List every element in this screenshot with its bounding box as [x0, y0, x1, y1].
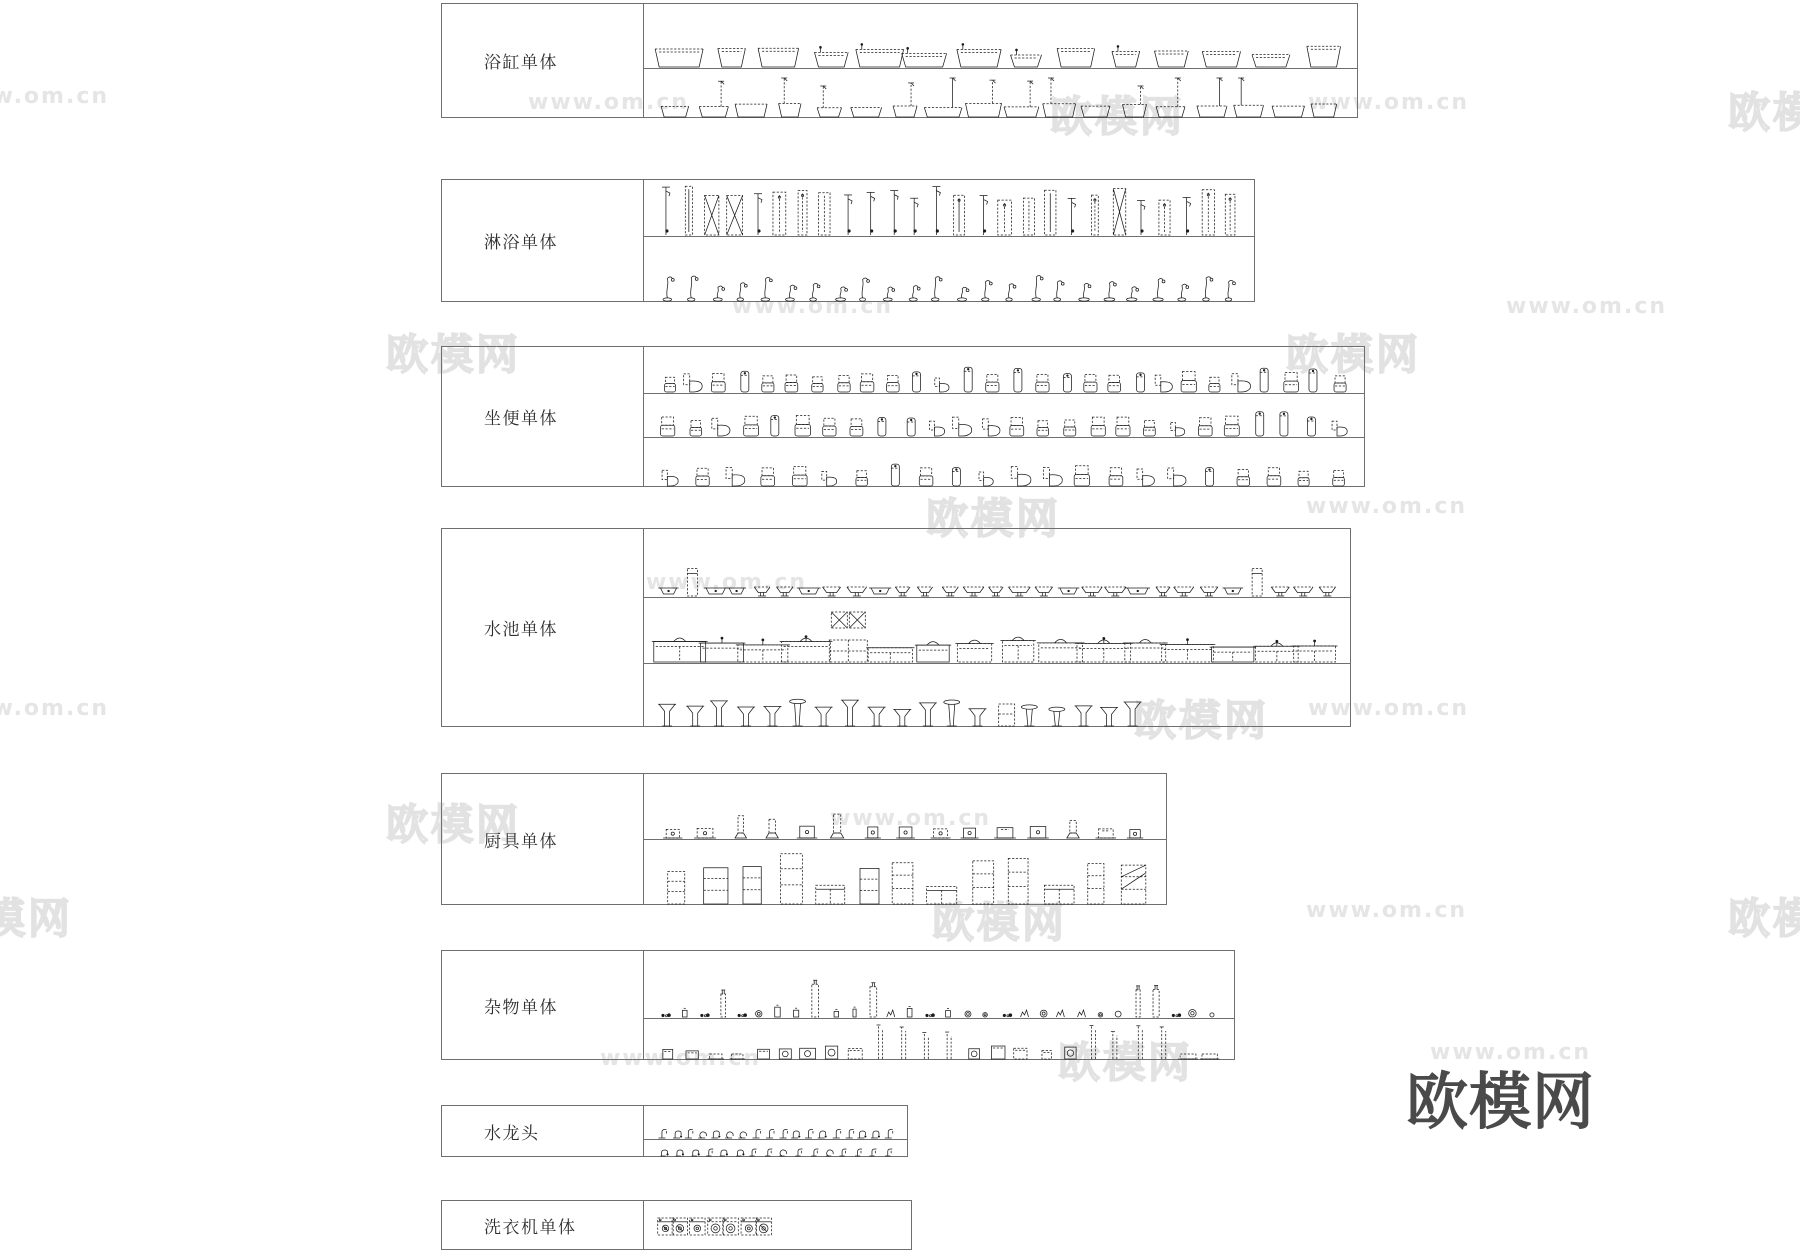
table-faucet-row-0 [644, 1106, 907, 1140]
cad-glyph-row [644, 180, 1254, 237]
table-toilet: 坐便单体 [441, 346, 1365, 487]
cad-glyph-row [644, 69, 1357, 119]
site-logo: 欧模网 [1406, 1052, 1595, 1141]
table-washer-row-0 [644, 1201, 911, 1251]
cad-glyph-row [644, 598, 1350, 664]
table-toilet-row-2 [644, 438, 1364, 488]
cad-glyph-row [644, 1201, 911, 1251]
table-sink-row-1 [644, 598, 1350, 664]
table-misc-content [644, 951, 1234, 1059]
table-misc-label: 杂物单体 [442, 993, 558, 1018]
table-faucet-row-1 [644, 1140, 907, 1158]
table-washer-content [644, 1201, 911, 1249]
table-toilet-content [644, 347, 1364, 486]
table-sink-content [644, 529, 1350, 726]
table-shower-row-1 [644, 237, 1254, 303]
cad-glyph-row [644, 1019, 1234, 1061]
table-sink-row-2 [644, 664, 1350, 728]
table-sink-label: 水池单体 [442, 615, 558, 640]
table-washer: 洗衣机单体 [441, 1200, 912, 1250]
table-faucet-content [644, 1106, 907, 1156]
table-shower-label-cell: 淋浴单体 [442, 180, 644, 301]
cad-glyph-row [644, 4, 1357, 69]
table-kitchen-row-1 [644, 840, 1166, 906]
cad-glyph-row [644, 237, 1254, 303]
table-kitchen-label: 厨具单体 [442, 827, 558, 852]
table-misc: 杂物单体 [441, 950, 1235, 1060]
table-sink: 水池单体 [441, 528, 1351, 727]
table-washer-label: 洗衣机单体 [442, 1213, 577, 1238]
cad-glyph-row [644, 347, 1364, 394]
table-faucet: 水龙头 [441, 1105, 908, 1157]
cad-sheet-canvas: www.om.cnwww.om.cn欧模网www.om.cn欧模网欧模网www.… [0, 0, 1800, 1255]
table-sink-label-cell: 水池单体 [442, 529, 644, 726]
table-toilet-label: 坐便单体 [442, 404, 558, 429]
cad-glyph-row [644, 1106, 907, 1140]
table-sink-row-0 [644, 529, 1350, 598]
table-shower-content [644, 180, 1254, 301]
table-bathtub: 浴缸单体 [441, 3, 1358, 118]
table-bathtub-label: 浴缸单体 [442, 48, 558, 73]
table-kitchen-content [644, 774, 1166, 904]
table-misc-label-cell: 杂物单体 [442, 951, 644, 1059]
table-shower-row-0 [644, 180, 1254, 237]
table-misc-row-0 [644, 951, 1234, 1019]
table-kitchen-row-0 [644, 774, 1166, 840]
cad-glyph-row [644, 394, 1364, 438]
table-bathtub-row-1 [644, 69, 1357, 119]
cad-glyph-row [644, 664, 1350, 728]
table-toilet-row-0 [644, 347, 1364, 394]
cad-glyph-row [644, 438, 1364, 488]
table-bathtub-row-0 [644, 4, 1357, 69]
table-bathtub-label-cell: 浴缸单体 [442, 4, 644, 117]
cad-glyph-row [644, 529, 1350, 598]
table-kitchen-label-cell: 厨具单体 [442, 774, 644, 904]
cad-glyph-row [644, 1140, 907, 1158]
table-toilet-label-cell: 坐便单体 [442, 347, 644, 486]
table-washer-label-cell: 洗衣机单体 [442, 1201, 644, 1249]
cad-glyph-row [644, 840, 1166, 906]
table-faucet-label: 水龙头 [442, 1119, 540, 1144]
table-faucet-label-cell: 水龙头 [442, 1106, 644, 1156]
table-kitchen: 厨具单体 [441, 773, 1167, 905]
cad-glyph-row [644, 951, 1234, 1019]
table-toilet-row-1 [644, 394, 1364, 438]
table-misc-row-1 [644, 1019, 1234, 1061]
cad-glyph-row [644, 774, 1166, 840]
table-bathtub-content [644, 4, 1357, 117]
table-shower: 淋浴单体 [441, 179, 1255, 302]
table-shower-label: 淋浴单体 [442, 228, 558, 253]
